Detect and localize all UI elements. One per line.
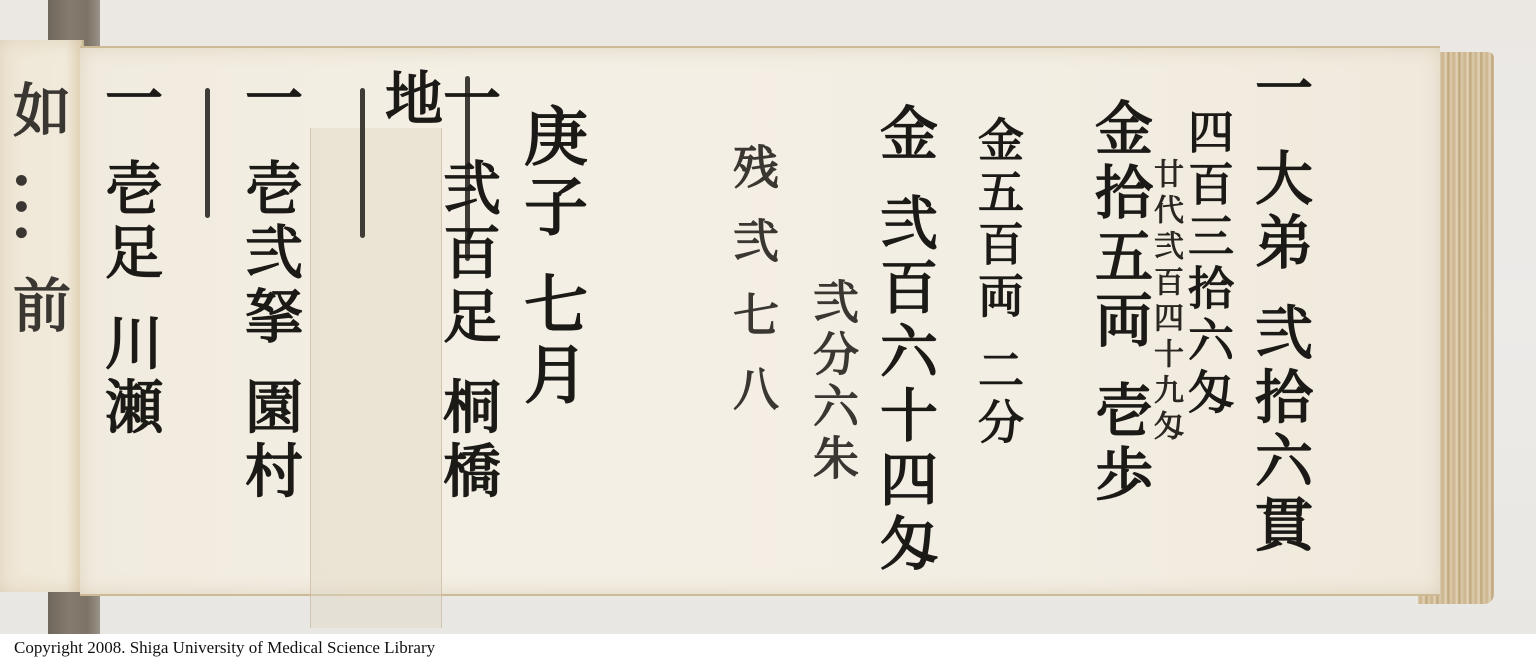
manuscript-column: 廿代弐百四十九匁 bbox=[1150, 158, 1180, 446]
manuscript-column: 金拾五両 壱歩 bbox=[1090, 98, 1148, 508]
manuscript-photo: 如 ... 前 一 大弟 弐拾六貫 四百三拾六匁 金拾五両 壱歩 廿代弐百四十九… bbox=[0, 0, 1536, 634]
manuscript-column: 一 大弟 弐拾六貫 bbox=[1250, 58, 1308, 558]
manuscript-column: 一 壱足 川瀬 bbox=[100, 68, 158, 440]
manuscript-column: 四百三拾六匁 bbox=[1185, 108, 1231, 420]
copyright-caption: Copyright 2008. Shiga University of Medi… bbox=[14, 638, 435, 658]
manuscript-column: 金 弐百六十四匁 bbox=[875, 103, 933, 577]
manuscript-column: 弐分六朱 bbox=[810, 278, 856, 486]
bracket-mark bbox=[360, 88, 365, 238]
right-page: 一 大弟 弐拾六貫 四百三拾六匁 金拾五両 壱歩 廿代弐百四十九匁 金五百両 二… bbox=[80, 46, 1440, 596]
manuscript-column: 一 壱弐拏 園村 bbox=[240, 68, 298, 504]
left-page: 如 ... 前 bbox=[0, 40, 84, 592]
manuscript-column: 庚子 七月 bbox=[518, 103, 582, 411]
manuscript-column: 残 弐 七 八 bbox=[730, 143, 776, 417]
bracket-mark bbox=[205, 88, 210, 218]
manuscript-column: 金五百両 二分 bbox=[975, 116, 1021, 450]
manuscript-column: 一 弐百足 桐橋 地 bbox=[380, 68, 496, 594]
manuscript-column: 如 ... 前 bbox=[8, 80, 66, 339]
